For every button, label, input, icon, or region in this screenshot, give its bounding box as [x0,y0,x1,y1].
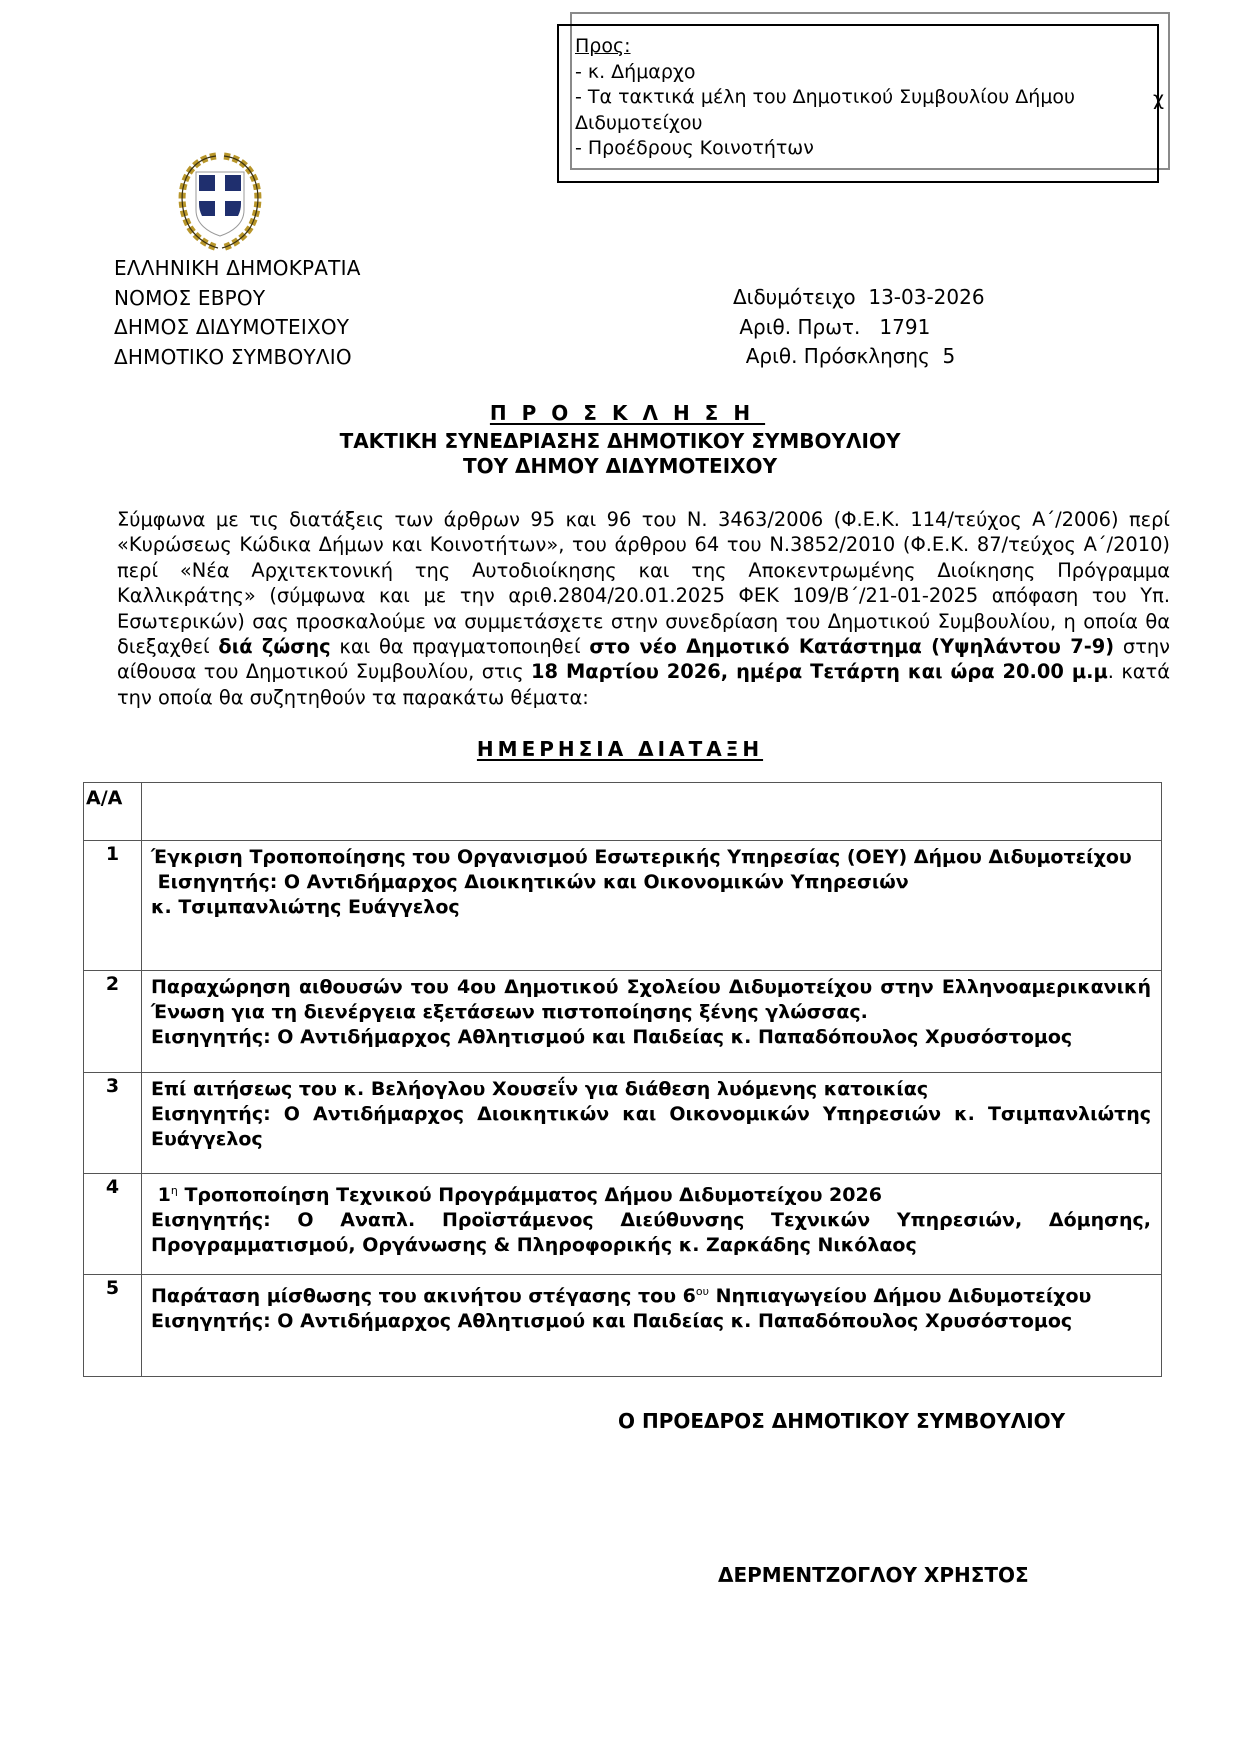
document-title-text: ΠΡΟΣΚΛΗΣΗ [490,401,765,425]
table-row: 5 Παράταση μίσθωσης του ακινήτου στέγαση… [84,1275,1162,1377]
column-header-aa: Α/Α [84,783,142,841]
document-subtitle-1: ΤΑΚΤΙΚΗ ΣΥΝΕΔΡΙΑΣΗΣ ΔΗΜΟΤΙΚΟΥ ΣΥΜΒΟΥΛΙΟΥ [0,429,1240,453]
item-description: Παράταση μίσθωσης του ακινήτου στέγασης … [142,1275,1162,1377]
recipient-line: - κ. Δήμαρχο [575,60,1135,86]
table-row: 3 Επί αιτήσεως του κ. Βελήογλου Χουσεΐν … [84,1073,1162,1174]
item-subject: Επί αιτήσεως του κ. Βελήογλου Χουσεΐν γι… [151,1077,1151,1102]
item-subject: 1η Τροποποίηση Τεχνικού Προγράμματος Δήμ… [151,1178,1151,1208]
item-subject-superscript: ου [696,1285,709,1298]
item-rapporteur: Εισηγητής: Ο Αναπλ. Προϊστάμενος Διεύθυν… [151,1208,1151,1258]
issuer-block: ΕΛΛΗΝΙΚΗ ΔΗΜΟΚΡΑΤΙΑ ΝΟΜΟΣ ΕΒΡΟΥ ΔΗΜΟΣ ΔΙ… [114,254,361,373]
agenda-table: Α/Α 1 Έγκριση Τροποποίησης του Οργανισμο… [83,782,1162,1377]
reference-block: Διδυμότειχο 13-03-2026 Αριθ. Πρωτ. 1791 … [733,283,985,372]
body-bold-datetime: 18 Μαρτίου 2026, ημέρα Τετάρτη και ώρα 2… [531,660,1108,683]
item-rapporteur: Εισηγητής: Ο Αντιδήμαρχος Διοικητικών κα… [151,1102,1151,1152]
item-subject-prefix: Παράταση μίσθωσης του ακινήτου στέγασης … [151,1285,696,1307]
table-row: 4 1η Τροποποίηση Τεχνικού Προγράμματος Δ… [84,1174,1162,1275]
item-number: 3 [84,1073,142,1174]
invitation-number: Αριθ. Πρόσκλησης 5 [733,342,985,372]
issuer-line: ΔΗΜΟΣ ΔΙΔΥΜΟΤΕΙΧΟΥ [114,313,361,343]
item-number: 1 [84,841,142,971]
item-rapporteur-name: κ. Τσιμπανλιώτης Ευάγγελος [151,895,1151,920]
table-row: 1 Έγκριση Τροποποίησης του Οργανισμού Εσ… [84,841,1162,971]
item-number: 2 [84,971,142,1073]
recipients-block: Προς: - κ. Δήμαρχο - Τα τακτικά μέλη του… [575,34,1135,162]
agenda-heading-text: ΗΜΕΡΗΣΙΑ ΔΙΑΤΑΞΗ [477,737,763,761]
table-header-row: Α/Α [84,783,1162,841]
recipient-line: - Τα τακτικά μέλη του Δημοτικού Συμβουλί… [575,85,1135,111]
stray-mark: χ [1153,88,1164,110]
item-rapporteur: Εισηγητής: Ο Αντιδήμαρχος Διοικητικών κα… [151,870,1151,895]
greek-coat-of-arms-icon [172,150,268,252]
item-description: Παραχώρηση αιθουσών του 4ου Δημοτικού Σχ… [142,971,1162,1073]
body-text: και θα πραγματοποιηθεί [331,635,590,658]
item-rapporteur: Εισηγητής: Ο Αντιδήμαρχος Αθλητισμού και… [151,1309,1151,1334]
agenda-heading: ΗΜΕΡΗΣΙΑ ΔΙΑΤΑΞΗ [0,737,1240,761]
item-description: Έγκριση Τροποποίησης του Οργανισμού Εσωτ… [142,841,1162,971]
body-bold-location: στο νέο Δημοτικό Κατάστημα (Υψηλάντου 7-… [589,635,1114,658]
document-title: ΠΡΟΣΚΛΗΣΗ [0,401,1240,425]
item-description: Επί αιτήσεως του κ. Βελήογλου Χουσεΐν γι… [142,1073,1162,1174]
document-subtitle-2: ΤΟΥ ΔΗΜΟΥ ΔΙΔΥΜΟΤΕΙΧΟΥ [0,454,1240,478]
issuer-line: ΕΛΛΗΝΙΚΗ ΔΗΜΟΚΡΑΤΙΑ [114,254,361,284]
item-number: 4 [84,1174,142,1275]
issuer-line: ΔΗΜΟΤΙΚΟ ΣΥΜΒΟΥΛΙΟ [114,343,361,373]
item-subject: Παράταση μίσθωσης του ακινήτου στέγασης … [151,1279,1151,1309]
issuer-line: ΝΟΜΟΣ ΕΒΡΟΥ [114,284,361,314]
item-description: 1η Τροποποίηση Τεχνικού Προγράμματος Δήμ… [142,1174,1162,1275]
item-subject: Παραχώρηση αιθουσών του 4ου Δημοτικού Σχ… [151,975,1151,1025]
body-bold-mode: διά ζώσης [218,635,330,658]
item-rapporteur: Εισηγητής: Ο Αντιδήμαρχος Αθλητισμού και… [151,1025,1151,1050]
invitation-paragraph: Σύμφωνα με τις διατάξεις των άρθρων 95 κ… [117,507,1170,710]
signatory-title: Ο ΠΡΟΕΔΡΟΣ ΔΗΜΟΤΙΚΟΥ ΣΥΜΒΟΥΛΙΟΥ [618,1409,1065,1433]
item-number: 5 [84,1275,142,1377]
item-subject: Έγκριση Τροποποίησης του Οργανισμού Εσωτ… [151,845,1151,870]
place-date: Διδυμότειχο 13-03-2026 [733,283,985,313]
recipient-line: Διδυμοτείχου [575,111,1135,137]
item-subject-prefix: 1 [151,1184,171,1206]
recipients-heading: Προς: [575,34,1135,60]
table-row: 2 Παραχώρηση αιθουσών του 4ου Δημοτικού … [84,971,1162,1073]
item-subject-superscript: η [171,1184,178,1197]
item-subject-text: Νηπιαγωγείου Δήμου Διδυμοτείχου [709,1285,1091,1307]
recipient-line: - Προέδρους Κοινοτήτων [575,136,1135,162]
protocol-number: Αριθ. Πρωτ. 1791 [733,313,985,343]
item-subject-text: Τροποποίηση Τεχνικού Προγράμματος Δήμου … [178,1184,882,1206]
column-header-subject [142,783,1162,841]
signatory-name: ΔΕΡΜΕΝΤΖΟΓΛΟΥ ΧΡΗΣΤΟΣ [718,1563,1029,1587]
